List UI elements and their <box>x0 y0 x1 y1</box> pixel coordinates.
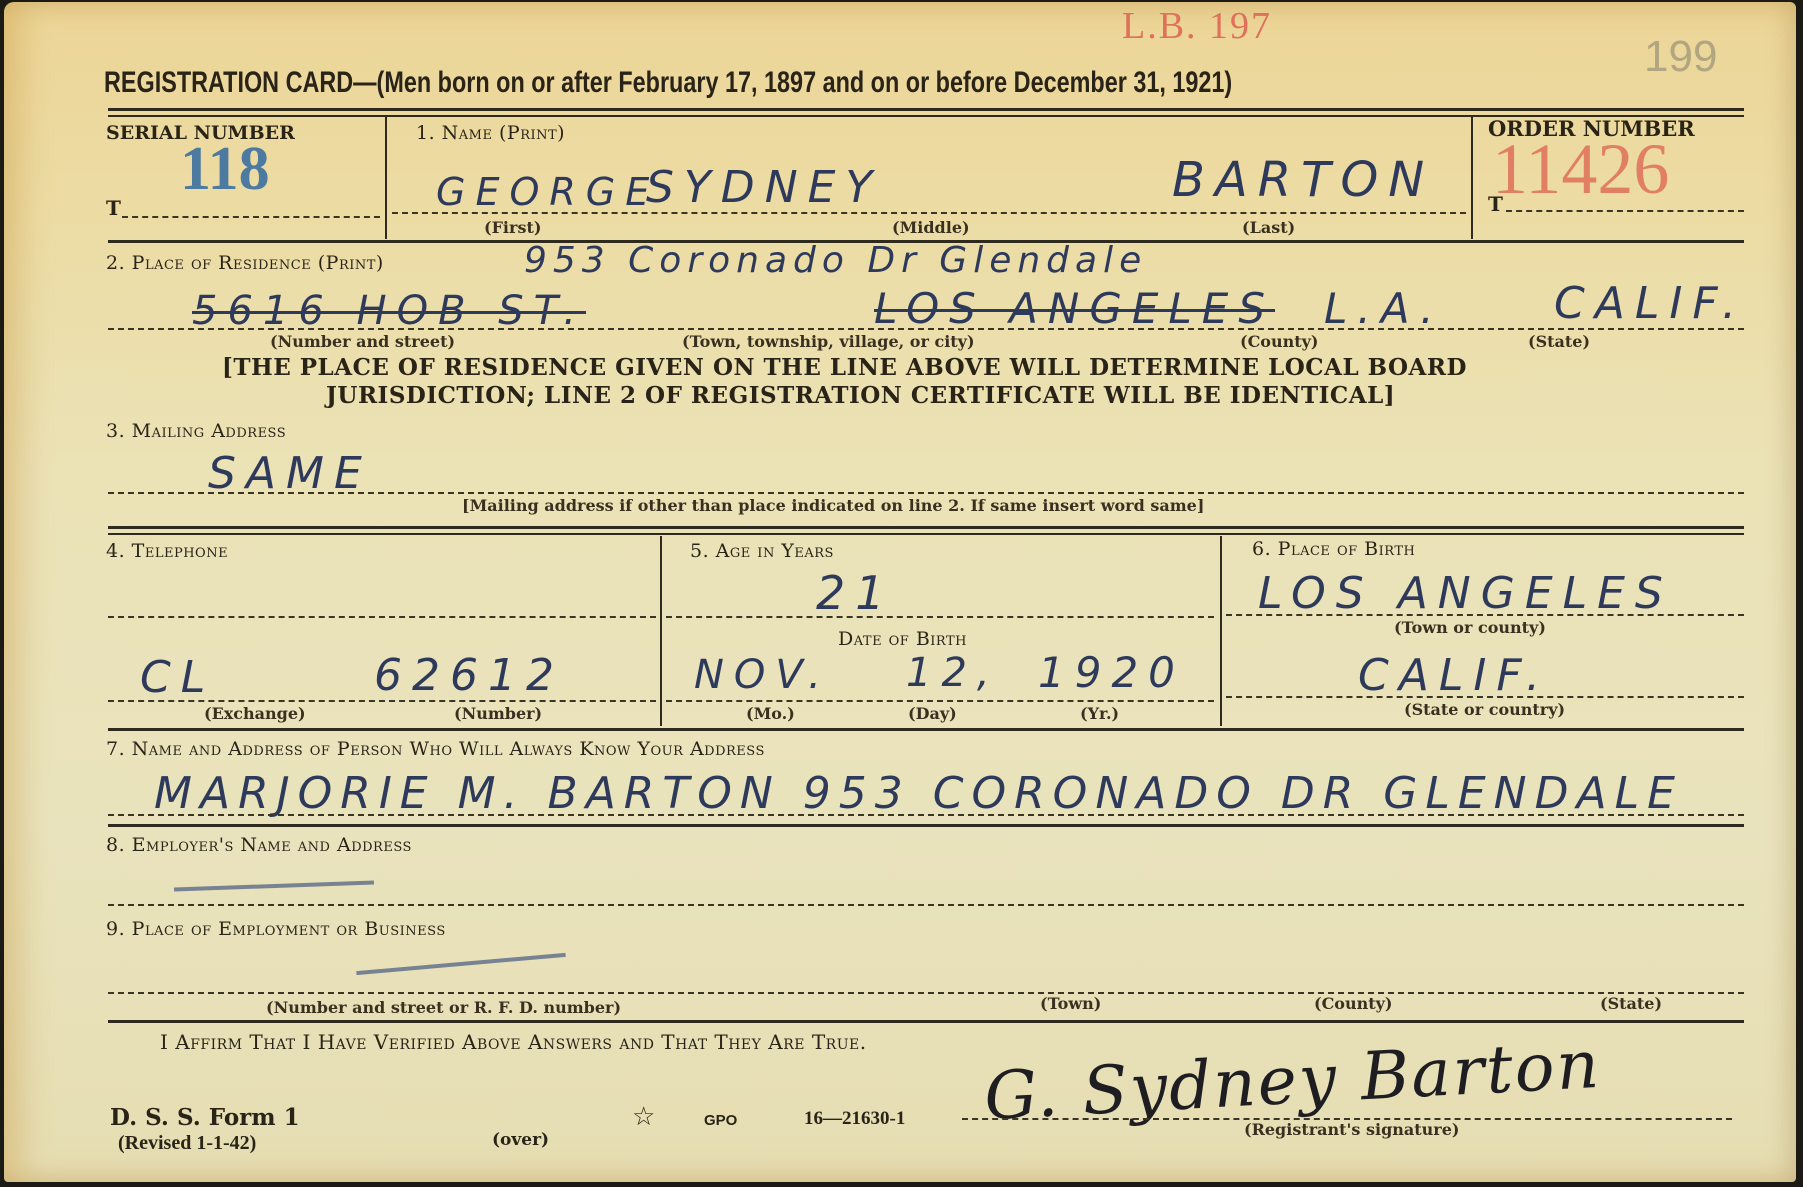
dob-label: Date of Birth <box>838 628 967 650</box>
signature-label: (Registrant's signature) <box>1244 1120 1459 1139</box>
last-label: (Last) <box>1242 218 1295 237</box>
employment-line <box>108 992 1744 994</box>
divider <box>1220 536 1222 726</box>
residence-line <box>108 328 1744 330</box>
card-title: REGISTRATION CARD—(Men born on or after … <box>104 66 1232 100</box>
divider <box>660 536 662 726</box>
employment-county-label: (County) <box>1314 994 1393 1013</box>
residence-notice-2: JURISDICTION; LINE 2 OF REGISTRATION CER… <box>326 382 1395 409</box>
order-number-value: 11426 <box>1492 128 1669 211</box>
telephone-line-1 <box>108 616 656 618</box>
section-rule-2 <box>108 533 1744 535</box>
order-line <box>1506 210 1744 212</box>
month-label: (Mo.) <box>746 704 795 723</box>
town-label: (Town, township, village, or city) <box>682 332 975 351</box>
contact-value[interactable]: MARJORIE M. BARTON 953 CORONADO DR GLEND… <box>154 768 1683 819</box>
pencil-number: 199 <box>1644 32 1717 82</box>
name-middle[interactable]: SYDNEY <box>646 162 882 213</box>
rfd-label: (Number and street or R. F. D. number) <box>266 998 621 1017</box>
affirmation-text: I Affirm That I Have Verified Above Answ… <box>160 1030 867 1054</box>
employer-line <box>108 904 1744 906</box>
telephone-number[interactable]: 62612 <box>374 650 564 701</box>
state-country-label: (State or country) <box>1404 700 1565 719</box>
residence-notice-1: [THE PLACE OF RESIDENCE GIVEN ON THE LIN… <box>222 354 1467 381</box>
over-label: (over) <box>492 1130 549 1150</box>
name-line <box>392 212 1466 214</box>
serial-line <box>122 216 380 218</box>
exchange-label: (Exchange) <box>204 704 306 723</box>
employment-state-label: (State) <box>1600 994 1662 1013</box>
name-last[interactable]: BARTON <box>1172 152 1434 208</box>
day-label: (Day) <box>908 704 957 723</box>
employer-dash-mark <box>174 881 374 892</box>
year-label: (Yr.) <box>1080 704 1119 723</box>
employer-label: 8. Employer's Name and Address <box>106 834 412 856</box>
middle-label: (Middle) <box>892 218 970 237</box>
age-value[interactable]: 21 <box>816 566 895 620</box>
telephone-line-2 <box>108 700 656 702</box>
name-first[interactable]: GEORGE <box>436 170 659 214</box>
form-number: D. S. S. Form 1 <box>110 1104 300 1131</box>
order-prefix: T <box>1488 192 1503 216</box>
birthplace-town-line <box>1226 614 1744 616</box>
section-rule <box>108 526 1744 529</box>
divider <box>1471 117 1473 239</box>
dob-year[interactable]: 1920 <box>1038 648 1185 697</box>
age-line <box>666 616 1214 618</box>
divider <box>385 117 387 239</box>
dob-day[interactable]: 12, <box>906 650 1000 696</box>
title-rule <box>108 108 1744 111</box>
employment-town-label: (Town) <box>1040 994 1101 1013</box>
birthplace-state-line <box>1226 696 1744 698</box>
number-label: (Number) <box>454 704 542 723</box>
section-rule <box>108 824 1744 827</box>
residence-state[interactable]: CALIF. <box>1554 278 1746 329</box>
contact-line <box>108 814 1744 816</box>
form-revised: (Revised 1-1-42) <box>118 1132 256 1155</box>
employment-place-label: 9. Place of Employment or Business <box>106 918 446 940</box>
registration-card: L.B. 197 199 REGISTRATION CARD—(Men born… <box>4 2 1796 1182</box>
gpo-code: 16—21630-1 <box>804 1108 905 1130</box>
local-board-stamp: L.B. 197 <box>1122 4 1272 48</box>
gpo-label: GPO <box>704 1112 737 1129</box>
birthplace-town[interactable]: LOS ANGELES <box>1258 568 1673 619</box>
street-label: (Number and street) <box>270 332 455 351</box>
county-label: (County) <box>1240 332 1319 351</box>
residence-current[interactable]: 953 Coronado Dr Glendale <box>524 240 1147 281</box>
section-rule <box>108 728 1744 731</box>
birthplace-state[interactable]: CALIF. <box>1358 650 1550 701</box>
star-icon: ☆ <box>632 1102 655 1132</box>
telephone-exchange[interactable]: CL <box>140 652 215 703</box>
birthplace-label: 6. Place of Birth <box>1252 538 1415 560</box>
dob-line <box>666 700 1214 702</box>
employment-dash-mark <box>356 953 566 975</box>
residence-county[interactable]: L.A. <box>1324 284 1444 333</box>
first-label: (First) <box>484 218 541 237</box>
mailing-note: [Mailing address if other than place ind… <box>462 496 1204 515</box>
residence-struck-city: LOS ANGELES <box>874 284 1275 333</box>
mailing-label: 3. Mailing Address <box>106 420 286 442</box>
contact-label: 7. Name and Address of Person Who Will A… <box>106 738 765 760</box>
dob-month[interactable]: NOV. <box>694 652 831 698</box>
serial-prefix: T <box>106 196 121 220</box>
residence-label: 2. Place of Residence (Print) <box>106 252 384 274</box>
state-label: (State) <box>1528 332 1590 351</box>
section-rule <box>108 1020 1744 1023</box>
serial-number-value: 118 <box>180 134 270 205</box>
mailing-line <box>108 492 1744 494</box>
telephone-label: 4. Telephone <box>106 540 228 562</box>
town-county-label: (Town or county) <box>1394 618 1546 637</box>
age-label: 5. Age in Years <box>690 540 834 562</box>
name-label: 1. Name (Print) <box>416 122 565 144</box>
